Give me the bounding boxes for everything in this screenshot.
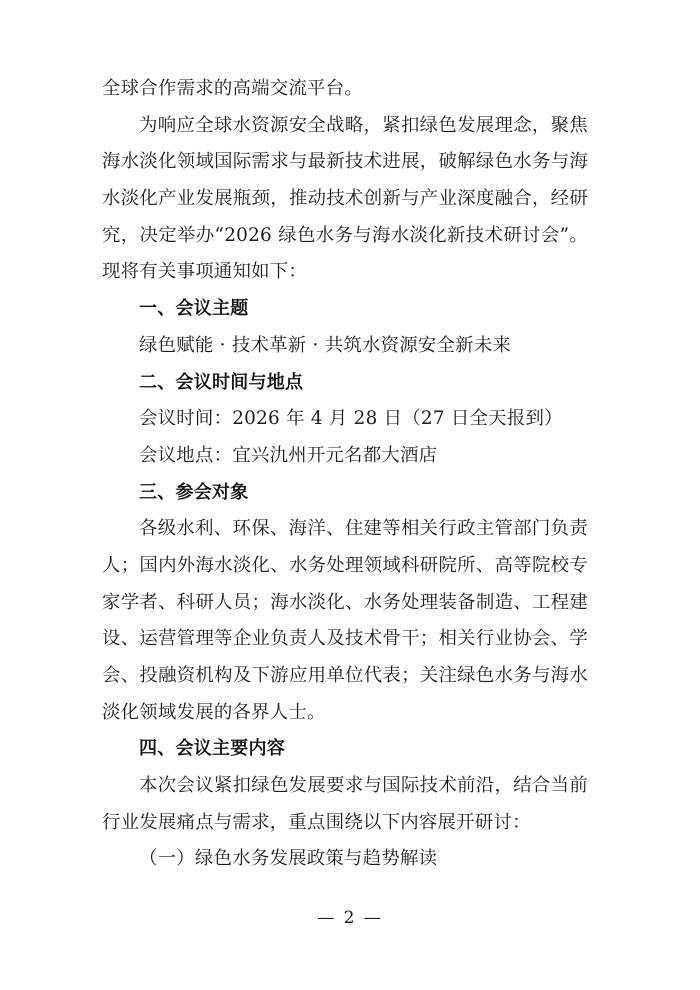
paragraph-line: 家学者、科研人员；海水淡化、水务处理装备制造、工程建	[102, 585, 588, 622]
paragraph-line: 本次会议紧扣绿色发展要求与国际技术前沿，结合当前	[102, 768, 588, 805]
meeting-time: 会议时间：2026 年 4 月 28 日（27 日全天报到）	[102, 401, 592, 438]
paragraph-line: 现将有关事项通知如下：	[102, 254, 592, 291]
section-heading-time-location: 二、会议时间与地点	[102, 365, 592, 402]
section-heading-main-content: 四、会议主要内容	[102, 731, 592, 768]
section-heading-participants: 三、参会对象	[102, 475, 592, 512]
paragraph-line: 全球合作需求的高端交流平台。	[102, 71, 592, 108]
paragraph-line: 为响应全球水资源安全战略，紧扣绿色发展理念，聚焦	[102, 108, 588, 145]
paragraph-line: 会、投融资机构及下游应用单位代表；关注绿色水务与海水	[102, 658, 588, 695]
subsection-heading: （一）绿色水务发展政策与趋势解读	[102, 841, 592, 878]
paragraph-line: 海水淡化领域国际需求与最新技术进展，破解绿色水务与海	[102, 144, 588, 181]
paragraph-line: 行业发展痛点与需求，重点围绕以下内容展开研讨：	[102, 805, 592, 842]
paragraph-line: 究，决定举办“2026 绿色水务与海水淡化新技术研讨会”。	[102, 218, 588, 255]
document-page: 全球合作需求的高端交流平台。 为响应全球水资源安全战略，紧扣绿色发展理念，聚焦 …	[0, 0, 700, 990]
meeting-location: 会议地点：宜兴氿州开元名都大酒店	[102, 438, 592, 475]
paragraph-line: 淡化领域发展的各界人士。	[102, 695, 592, 732]
page-number: — 2 —	[0, 905, 700, 931]
theme-text: 绿色赋能 · 技术革新 · 共筑水资源安全新未来	[102, 328, 592, 365]
paragraph-line: 水淡化产业发展瓶颈，推动技术创新与产业深度融合，经研	[102, 181, 588, 218]
paragraph-line: 设、运营管理等企业负责人及技术骨干；相关行业协会、学	[102, 621, 588, 658]
paragraph-line: 人；国内外海水淡化、水务处理领域科研院所、高等院校专	[102, 548, 588, 585]
paragraph-line: 各级水利、环保、海洋、住建等相关行政主管部门负责	[102, 511, 588, 548]
section-heading-theme: 一、会议主题	[102, 291, 592, 328]
document-body: 全球合作需求的高端交流平台。 为响应全球水资源安全战略，紧扣绿色发展理念，聚焦 …	[102, 71, 592, 878]
